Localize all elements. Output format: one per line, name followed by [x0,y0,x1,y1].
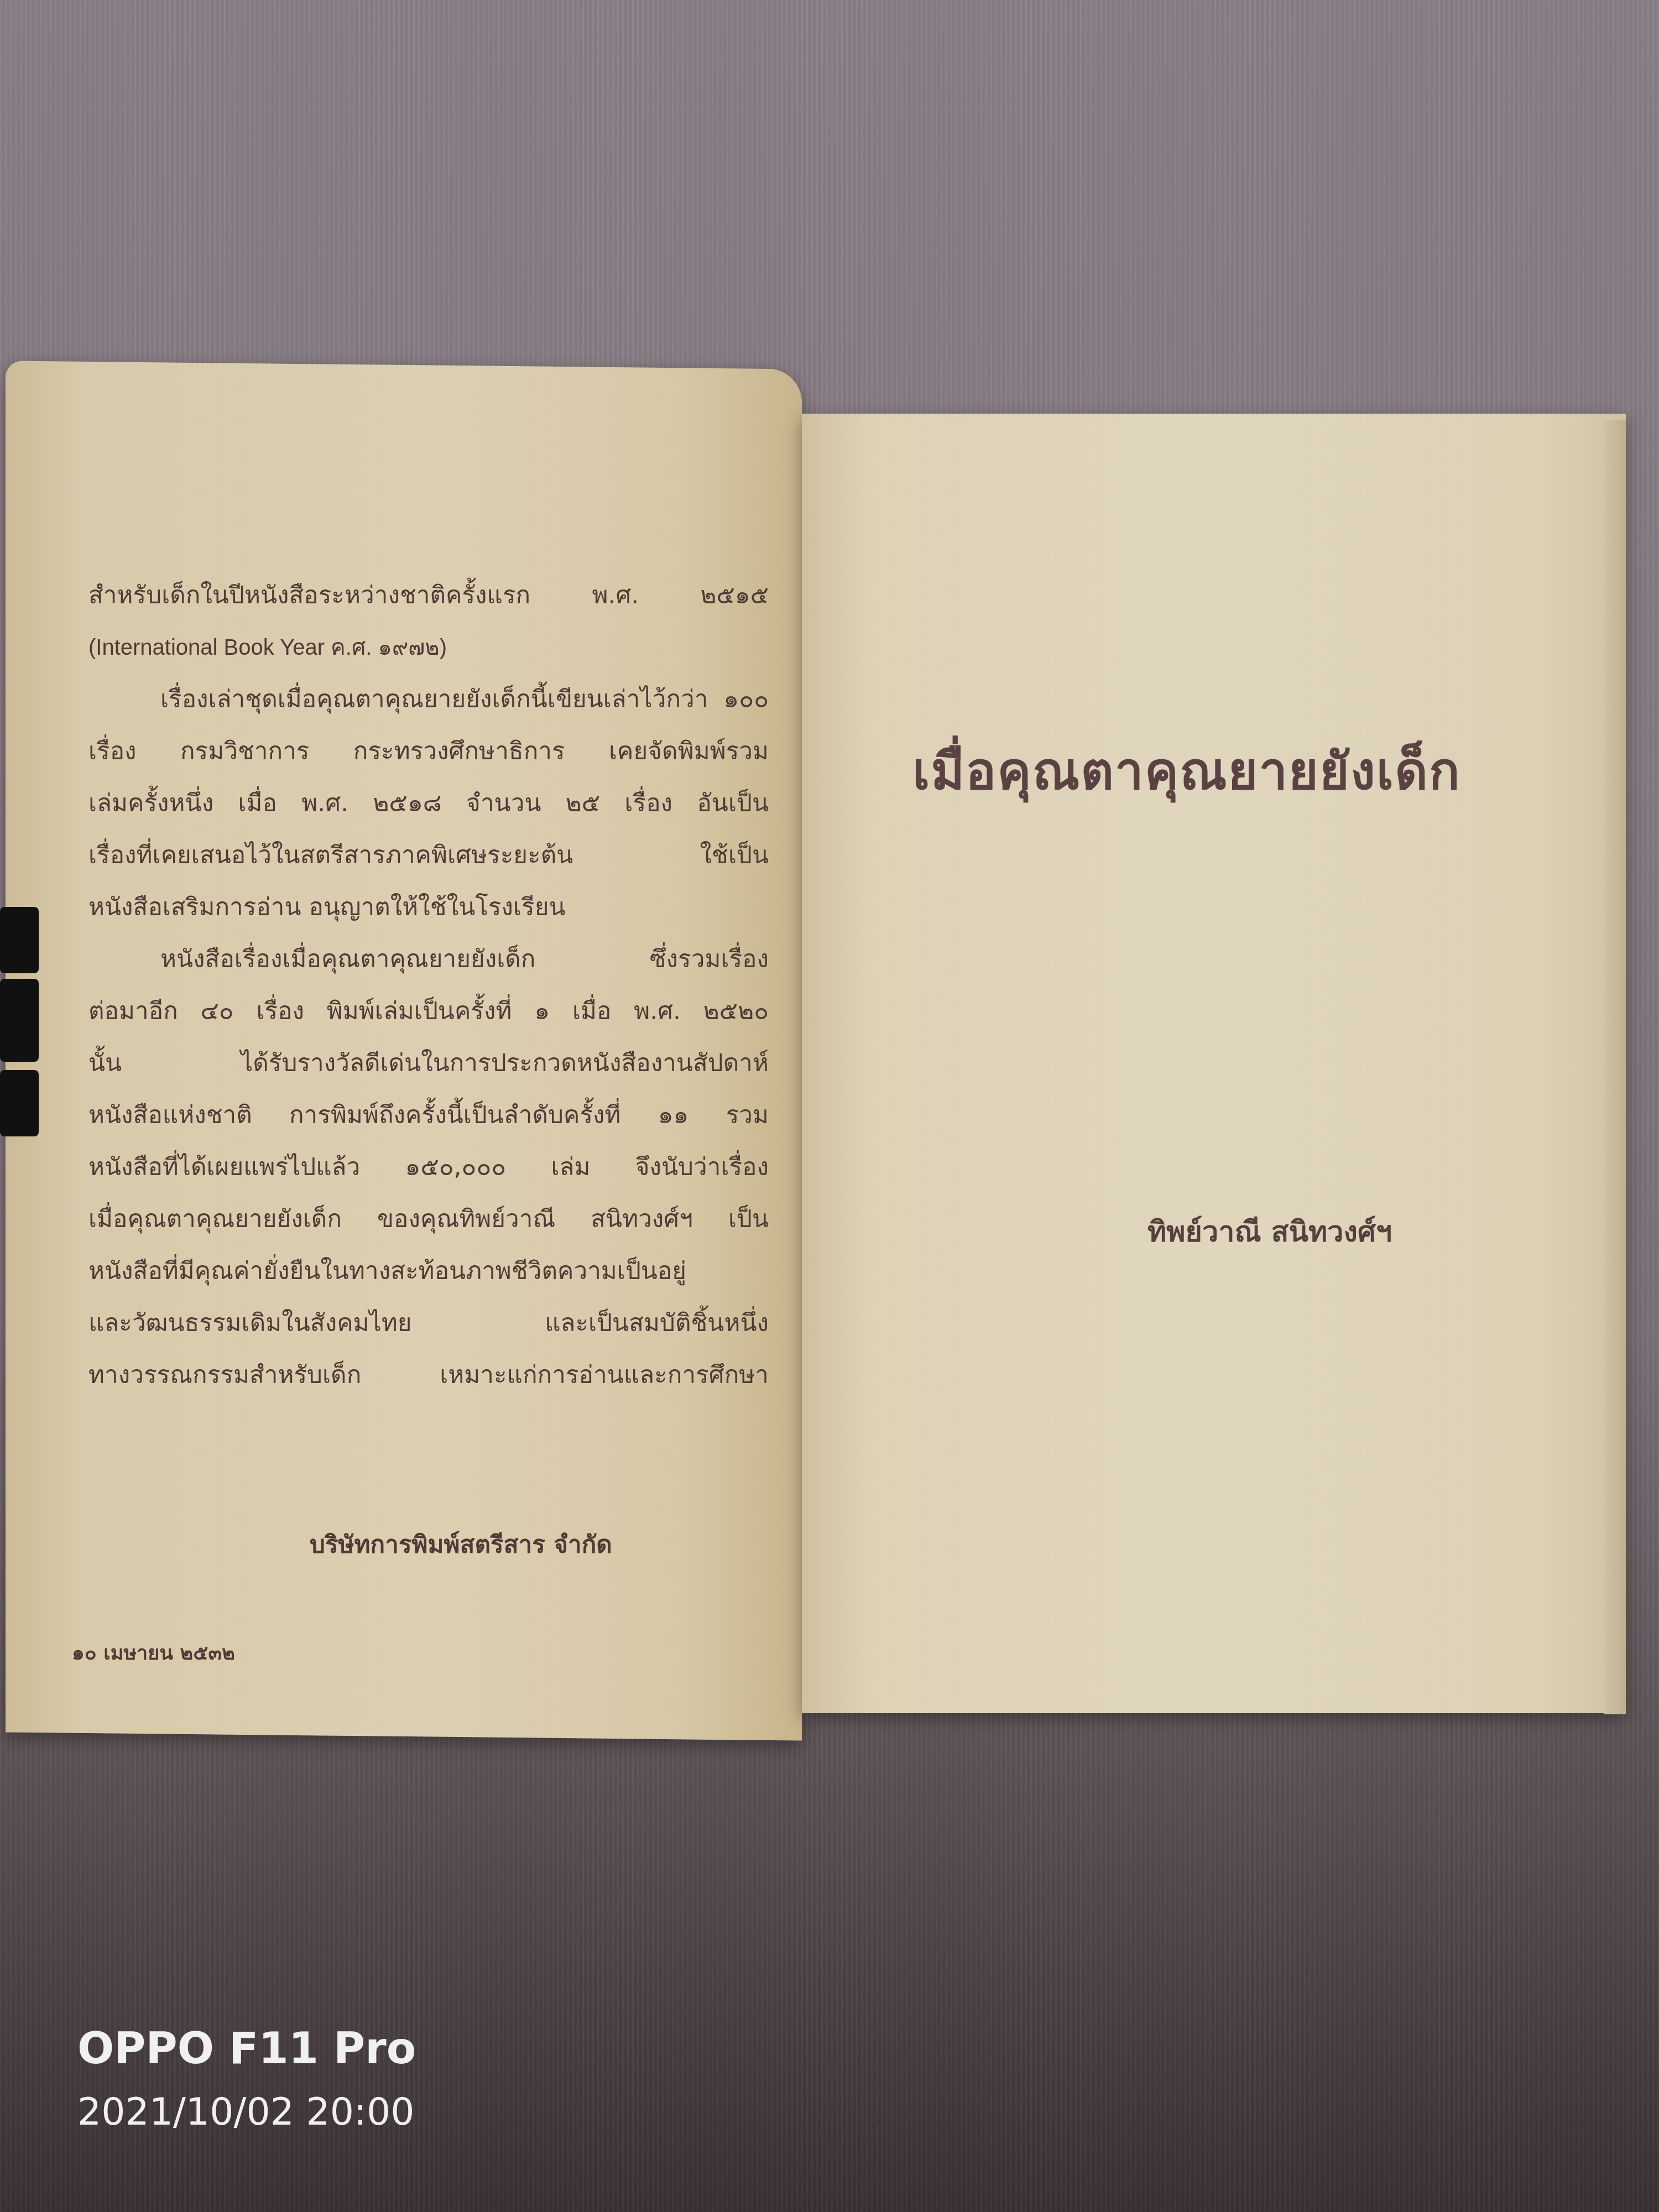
binder-clip-icon [0,979,39,1062]
capture-datetime-watermark: 2021/10/02 20:00 [77,2090,415,2134]
text-line: หนังสือแห่งชาติ การพิมพ์ถึงครั้งนี้เป็นล… [88,1089,769,1141]
text-line: สำหรับเด็กในปีหนังสือระหว่างชาติครั้งแรก… [88,570,769,622]
page-edge [1604,420,1626,1714]
text-line: ต่อมาอีก ๔๐ เรื่อง พิมพ์เล่มเป็นครั้งที่… [88,985,769,1037]
text-line: หนังสือที่ได้เผยแพร่ไปแล้ว ๑๕๐,๐๐๐ เล่ม … [88,1141,769,1193]
preface-date: ๑๐ เมษายน ๒๕๓๒ [72,1637,235,1668]
text-line: เรื่องที่เคยเสนอไว้ในสตรีสารภาคพิเศษระยะ… [88,830,769,881]
text-line: ทางวรรณกรรมสำหรับเด็ก เหมาะแก่การอ่านและ… [88,1349,769,1401]
binder-clip-icon [0,1070,39,1136]
text-line: เรื่องเล่าชุดเมื่อคุณตาคุณยายยังเด็กนี้เ… [88,674,769,726]
camera-model-watermark: OPPO F11 Pro [77,2024,416,2074]
text-line: เล่มครั้งหนึ่ง เมื่อ พ.ศ. ๒๕๑๘ จำนวน ๒๕ … [88,778,769,830]
right-page [802,414,1626,1713]
text-line: (International Book Year ค.ศ. ๑๙๗๒) [88,622,769,674]
text-line: หนังสือเรื่องเมื่อคุณตาคุณยายยังเด็ก ซึ่… [88,933,769,985]
publisher-name: บริษัทการพิมพ์สตรีสาร จำกัด [310,1525,612,1564]
book-author: ทิพย์วาณี สนิทวงศ์ฯ [1147,1208,1392,1254]
text-line: นั้น ได้รับรางวัลดีเด่นในการประกวดหนังสื… [88,1037,769,1089]
preface-text: สำหรับเด็กในปีหนังสือระหว่างชาติครั้งแรก… [88,570,769,1401]
text-line: และวัฒนธรรมเดิมในสังคมไทย และเป็นสมบัติช… [88,1297,769,1349]
text-line: หนังสือเสริมการอ่าน อนุญาตให้ใช้ในโรงเรี… [88,881,769,933]
text-line: หนังสือที่มีคุณค่ายั่งยืนในทางสะท้อนภาพช… [88,1245,769,1297]
book-title: เมื่อคุณตาคุณยายยังเด็ก [912,730,1461,811]
text-line: เมื่อคุณตาคุณยายยังเด็ก ของคุณทิพย์วาณี … [88,1193,769,1245]
text-line: เรื่อง กรมวิชาการ กระทรวงศึกษาธิการ เคยจ… [88,726,769,778]
binder-clip-icon [0,907,39,973]
